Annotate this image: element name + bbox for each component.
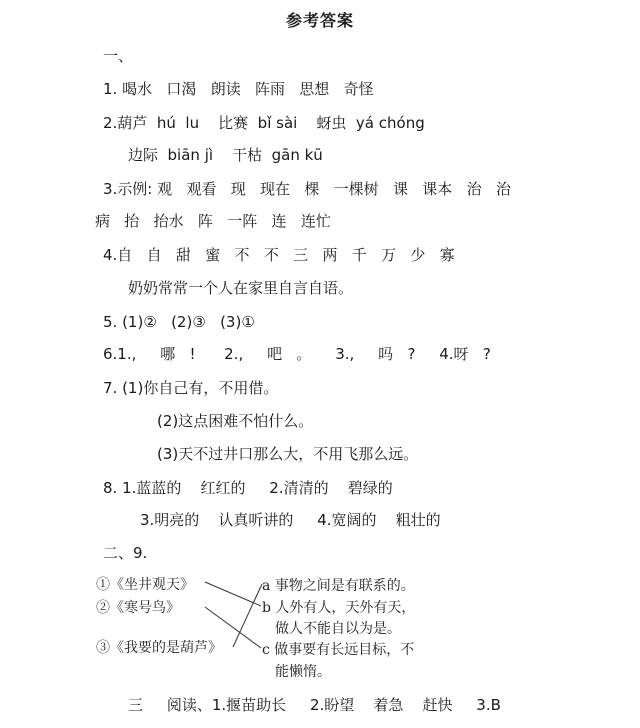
matching-lines bbox=[0, 0, 640, 728]
match-line-1-b bbox=[205, 582, 261, 606]
match-line-2-c bbox=[205, 607, 261, 648]
section-3-line: 三 阅读、1.揠苗助长 2.盼望 着急 赶快 3.B bbox=[128, 695, 501, 715]
